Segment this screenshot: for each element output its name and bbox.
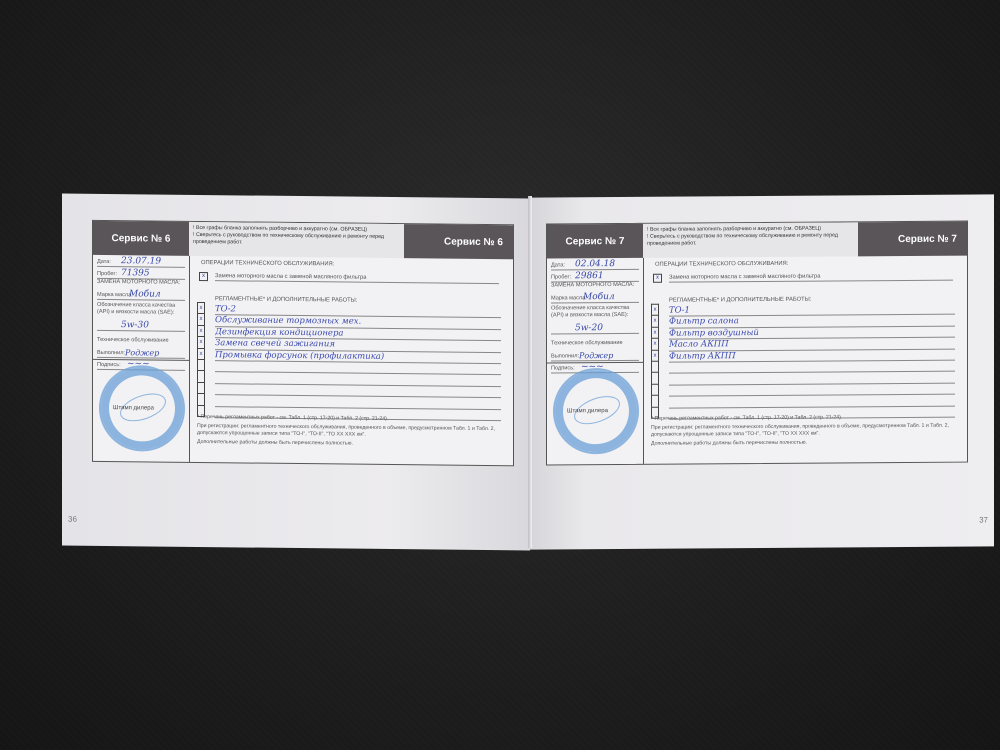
page-number: 37	[979, 515, 988, 524]
mileage-label: Пробег:	[97, 271, 117, 277]
signature-label: Подпись:	[97, 362, 121, 368]
oil-filter-text: Замена моторного масла с заменой масляно…	[669, 273, 953, 283]
performed-by-label: Выполнил:	[551, 353, 579, 359]
date-label: Дата:	[97, 259, 111, 265]
footnote: Дополнительные работы должны быть перечи…	[651, 439, 957, 448]
oil-filter-checkbox[interactable]: x	[199, 272, 208, 281]
page-number: 36	[68, 515, 77, 524]
footnote: Дополнительные работы должны быть перечи…	[197, 439, 503, 449]
page-right: Сервис № 7 ! Все графы бланка заполнять …	[530, 194, 994, 549]
operations-heading: ОПЕРАЦИИ ТЕХНИЧЕСКОГО ОБСЛУЖИВАНИЯ:	[655, 261, 788, 268]
booklet-spine	[528, 196, 532, 548]
work-checkboxes: xxxxx	[197, 302, 205, 417]
oil-filter-text: Замена моторного масла с заменой масляно…	[215, 273, 499, 284]
stamp-label: Штамп дилера	[113, 405, 154, 411]
page-left: Сервис № 6 ! Все графы бланка заполнять …	[62, 194, 530, 551]
service-title: Сервис № 7	[547, 224, 643, 259]
work-lines: ТО-1Фильтр салонаФильтр воздушныйМасло А…	[669, 304, 955, 420]
performed-by-label: Выполнил:	[97, 350, 125, 356]
mileage-value[interactable]: 71395	[121, 268, 150, 278]
performed-by-value[interactable]: Роджер	[579, 351, 613, 360]
work-checkbox[interactable]: x	[197, 336, 205, 347]
service-title-right: Сервис № 6	[404, 224, 513, 259]
regular-works-heading: РЕГЛАМЕНТНЫЕ* И ДОПОЛНИТЕЛЬНЫЕ РАБОТЫ:	[669, 297, 811, 304]
footnote: При регистрации: регламентного техническ…	[197, 423, 503, 440]
work-lines: ТО-2Обслуживание тормозных мех.Дезинфекц…	[215, 304, 501, 421]
work-checkbox[interactable]	[651, 372, 659, 383]
note-line: ! Сверьтесь с руководством по техническо…	[193, 232, 400, 248]
work-checkbox[interactable]	[651, 383, 659, 394]
service-form: Сервис № 7 ! Все графы бланка заполнять …	[546, 221, 968, 466]
footnote: При регистрации: регламентного техническ…	[651, 423, 957, 439]
footnotes: * Перечень регламентных работ - см. Табл…	[197, 414, 503, 451]
header-notes: ! Все графы бланка заполнять разборчиво …	[189, 222, 404, 258]
oil-class-label: Обозначение класса качества (API) и вязк…	[551, 305, 639, 322]
work-checkbox[interactable]: x	[651, 315, 659, 326]
operations-section: ОПЕРАЦИИ ТЕХНИЧЕСКОГО ОБСЛУЖИВАНИЯ: x За…	[647, 256, 963, 464]
work-checkbox[interactable]	[197, 382, 205, 393]
work-checkbox[interactable]: x	[197, 313, 205, 324]
note-line: ! Сверьтесь с руководством по техническо…	[647, 232, 854, 247]
header-notes: ! Все графы бланка заполнять разборчиво …	[643, 222, 858, 258]
oil-filter-checkbox[interactable]: x	[653, 274, 662, 283]
work-checkbox[interactable]	[651, 361, 659, 372]
date-value[interactable]: 02.04.18	[575, 259, 615, 269]
date-label: Дата:	[551, 262, 565, 268]
form-header: Сервис № 7 ! Все графы бланка заполнять …	[547, 222, 967, 259]
work-checkbox[interactable]	[197, 370, 205, 381]
oil-class-value[interactable]: 5w-20	[575, 323, 603, 333]
oil-brand-value[interactable]: Мобил	[583, 292, 615, 302]
service-title-right: Сервис № 7	[858, 222, 967, 257]
footnotes: * Перечень регламентных работ - см. Табл…	[651, 414, 957, 450]
oil-brand-value[interactable]: Мобил	[129, 289, 161, 299]
mileage-value[interactable]: 29861	[575, 271, 604, 281]
service-form: Сервис № 6 ! Все графы бланка заполнять …	[92, 220, 514, 466]
work-checkboxes: xxxxx	[651, 304, 659, 419]
work-checkbox[interactable]: x	[651, 349, 659, 360]
work-checkbox[interactable]: x	[197, 302, 205, 313]
operations-heading: ОПЕРАЦИИ ТЕХНИЧЕСКОГО ОБСЛУЖИВАНИЯ:	[201, 260, 334, 267]
date-value[interactable]: 23.07.19	[121, 256, 161, 266]
work-checkbox[interactable]	[197, 393, 205, 404]
work-checkbox[interactable]: x	[651, 327, 659, 338]
work-checkbox[interactable]: x	[651, 304, 659, 315]
stamp-label: Штамп дилера	[567, 408, 608, 414]
regular-works-heading: РЕГЛАМЕНТНЫЕ* И ДОПОЛНИТЕЛЬНЫЕ РАБОТЫ:	[215, 296, 357, 303]
footnote: * Перечень регламентных работ - см. Табл…	[651, 414, 957, 423]
signature-label: Подпись:	[551, 365, 575, 371]
service-title: Сервис № 6	[93, 221, 189, 256]
oil-brand-label: Марка масла:	[551, 295, 587, 301]
service-details: Дата:23.07.19 Пробег:71395 ЗАМЕНА МОТОРН…	[93, 255, 190, 462]
service-details: Дата:02.04.18 Пробег:29861 ЗАМЕНА МОТОРН…	[547, 258, 644, 465]
form-header: Сервис № 6 ! Все графы бланка заполнять …	[93, 221, 513, 259]
oil-brand-label: Марка масла:	[97, 292, 133, 298]
service-booklet: Сервис № 6 ! Все графы бланка заполнять …	[62, 196, 994, 556]
mileage-label: Пробег:	[551, 274, 571, 280]
oil-class-label: Обозначение класса качества (API) и вязк…	[97, 302, 185, 319]
work-checkbox[interactable]	[197, 359, 205, 370]
work-checkbox[interactable]: x	[197, 325, 205, 336]
performed-by-value[interactable]: Роджер	[125, 348, 159, 357]
work-checkbox[interactable]: x	[197, 348, 205, 359]
operations-section: ОПЕРАЦИИ ТЕХНИЧЕСКОГО ОБСЛУЖИВАНИЯ: x За…	[193, 256, 509, 465]
oil-class-value[interactable]: 5w-30	[121, 320, 149, 330]
work-checkbox[interactable]	[651, 395, 659, 406]
work-checkbox[interactable]: x	[651, 338, 659, 349]
